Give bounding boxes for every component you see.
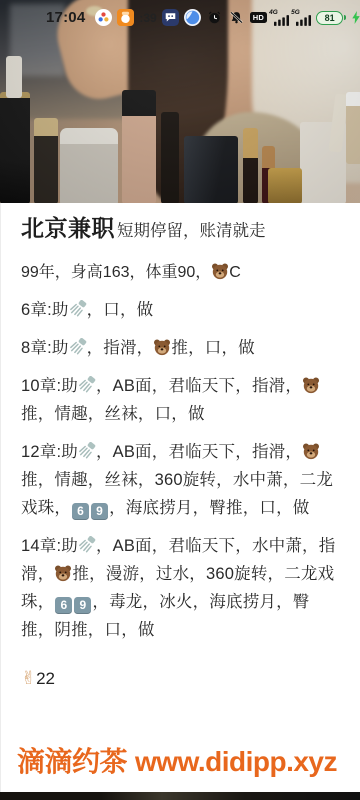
- post-title-row: 北京兼职短期停留，账清就走: [21, 213, 342, 247]
- post-title: 北京兼职: [21, 215, 115, 241]
- keycap-6-icon: 6: [55, 597, 72, 614]
- watermark-url: www.didipp.xyz: [135, 746, 337, 777]
- battery-nub: [344, 15, 346, 20]
- bear-icon: [54, 565, 72, 583]
- keycap-6-icon: 6: [72, 503, 89, 520]
- next-photo-edge: [0, 792, 360, 800]
- chapter-item: 10章:助，AB面，君临天下，指滑，推，情趣，丝袜，口，做: [21, 372, 342, 428]
- chapter-item: 8章:助，指滑，推，口，做: [21, 334, 342, 362]
- bear-icon: [153, 339, 171, 357]
- post-photo[interactable]: 17:04 :39 HD: [0, 0, 360, 203]
- chapter-item: 12章:助，AB面，君临天下，指滑，推，情趣，丝袜，360旋转，水中萧，二龙戏珠…: [21, 438, 342, 522]
- chapter-item: 6章:助，口，做: [21, 296, 342, 324]
- victory-hand-icon: ✌: [21, 668, 36, 688]
- shower-icon: [78, 537, 96, 555]
- post-info-line: 99年，身高163，体重90，C: [21, 260, 342, 286]
- status-indicators: HD 4G 5G 81: [206, 9, 360, 26]
- post-content: 北京兼职短期停留，账清就走 99年，身高163，体重90，C 6章:助，口，做8…: [0, 203, 360, 792]
- alarm-icon: [206, 9, 223, 26]
- hd-icon: HD: [250, 12, 267, 24]
- photos-app-icon: [117, 9, 134, 26]
- likes-line: ✌22: [21, 668, 342, 689]
- bear-icon: [302, 443, 320, 461]
- status-time: 17:04: [46, 9, 85, 26]
- shower-icon: [69, 339, 87, 357]
- battery-level: 81: [316, 11, 343, 25]
- bear-icon: [211, 264, 229, 281]
- mute-icon: [228, 9, 245, 26]
- keycap-9-icon: 9: [74, 597, 91, 614]
- charging-bolt-icon: [351, 9, 360, 26]
- app-notification-icon: [95, 9, 112, 26]
- chapter-list: 6章:助，口，做8章:助，指滑，推，口，做10章:助，AB面，君临天下，指滑，推…: [21, 296, 342, 644]
- shower-icon: [78, 443, 96, 461]
- bear-icon: [302, 377, 320, 395]
- chat-app-icon: [162, 9, 179, 26]
- status-bar: 17:04 :39 HD: [0, 0, 360, 32]
- battery-icon: 81: [316, 11, 346, 25]
- signal-4g-icon: 4G: [272, 10, 289, 26]
- shower-icon: [69, 301, 87, 319]
- signal-5g-icon: 5G: [294, 10, 311, 26]
- shower-icon: [78, 377, 96, 395]
- browser-app-icon: [184, 9, 201, 26]
- watermark-brand: 滴滴约茶: [17, 746, 127, 777]
- notification-count: :39: [139, 11, 156, 25]
- watermark: 滴滴约茶www.didipp.xyz: [17, 740, 337, 780]
- keycap-9-icon: 9: [91, 503, 108, 520]
- post-subtitle: 短期停留，账清就走: [117, 222, 266, 240]
- phone-screen: 17:04 :39 HD: [0, 0, 360, 800]
- chapter-item: 14章:助，AB面，君临天下，水中萧，指滑，推，漫游，过水，360旋转，二龙戏珠…: [21, 532, 342, 644]
